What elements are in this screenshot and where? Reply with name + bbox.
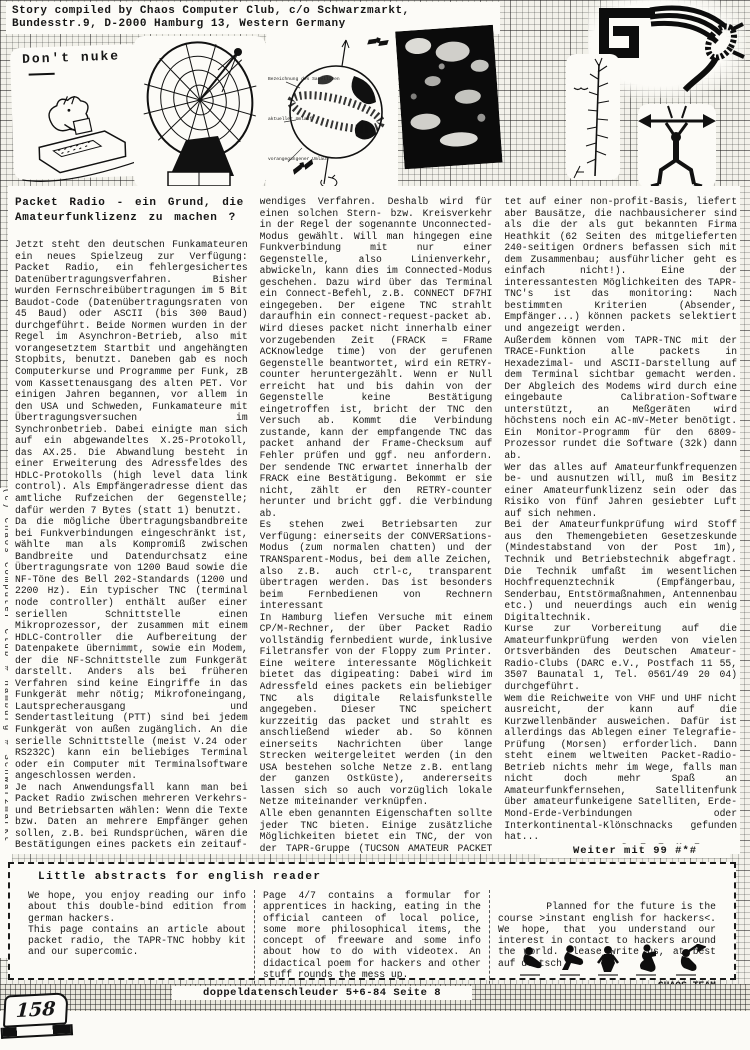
- page-number-stamp: 158: [3, 992, 69, 1038]
- typewriter-creature-icon: [11, 78, 145, 190]
- antenna-man-illustration: [638, 104, 716, 188]
- figure-crouch-icon: [520, 947, 542, 976]
- globe-label-3: vorangegangener Umlauf: [268, 156, 329, 162]
- page-number: 158: [3, 992, 69, 1027]
- article-column-2-text: wendiges Verfahren. Deshalb wird für ein…: [260, 196, 493, 854]
- header-line1: Story compiled by Chaos Computer Club, c…: [12, 5, 494, 18]
- dont-nuke-label-row: Don't nuke: [10, 44, 141, 83]
- globe-icon: Bezeichnung des Satelliten aktueller Uml…: [266, 28, 398, 194]
- article-columns: Packet Radio - ein Grund, die Amateurfun…: [8, 186, 740, 854]
- bottom-margin: [0, 1011, 750, 1050]
- zine-page: Story compiled by Chaos Computer Club, c…: [0, 0, 750, 1050]
- label-rule: [29, 72, 55, 75]
- dancing-figures: [518, 944, 706, 985]
- figure-read-icon: [636, 944, 656, 976]
- satellite-dish-illustration: [134, 36, 266, 188]
- forest-photo: [395, 25, 503, 174]
- pine-tree-icon: [566, 54, 620, 180]
- antenna-man-icon: [638, 104, 716, 188]
- page-footer: doppeldatenschleuder 5+6-84 Seite 8: [172, 986, 472, 1000]
- article-column-1-text: Jetzt steht den deutschen Funkamateuren …: [15, 239, 248, 851]
- article-headline: Packet Radio - ein Grund, die Amateurfun…: [15, 196, 248, 226]
- article-column-1: Packet Radio - ein Grund, die Amateurfun…: [15, 196, 248, 854]
- continue-note: Weiter mit 99 #*#: [540, 844, 730, 858]
- dancing-figures-icons: [518, 944, 706, 980]
- figure-wave-icon: [676, 945, 704, 976]
- article-column-3: tet auf einer non-profit-Basis, liefert …: [504, 196, 737, 854]
- figure-kneel-icon: [560, 945, 583, 976]
- forest-photo-image: [395, 25, 502, 169]
- figure-jump-icon: [598, 946, 618, 976]
- satellite-dish-icon: [134, 36, 266, 188]
- dont-nuke-label: Don't nuke: [22, 48, 120, 66]
- pine-tree-illustration: [566, 54, 620, 180]
- globe-illustration: Bezeichnung des Satelliten aktueller Uml…: [266, 28, 398, 194]
- globe-label-1: Bezeichnung des Satelliten: [268, 76, 340, 82]
- dont-nuke-illustration: Don't nuke: [10, 44, 145, 180]
- article-column-2: wendiges Verfahren. Deshalb wird für ein…: [260, 196, 493, 854]
- abstracts-title: Little abstracts for english reader: [38, 871, 724, 883]
- article-column-3-text: tet auf einer non-profit-Basis, liefert …: [504, 196, 737, 843]
